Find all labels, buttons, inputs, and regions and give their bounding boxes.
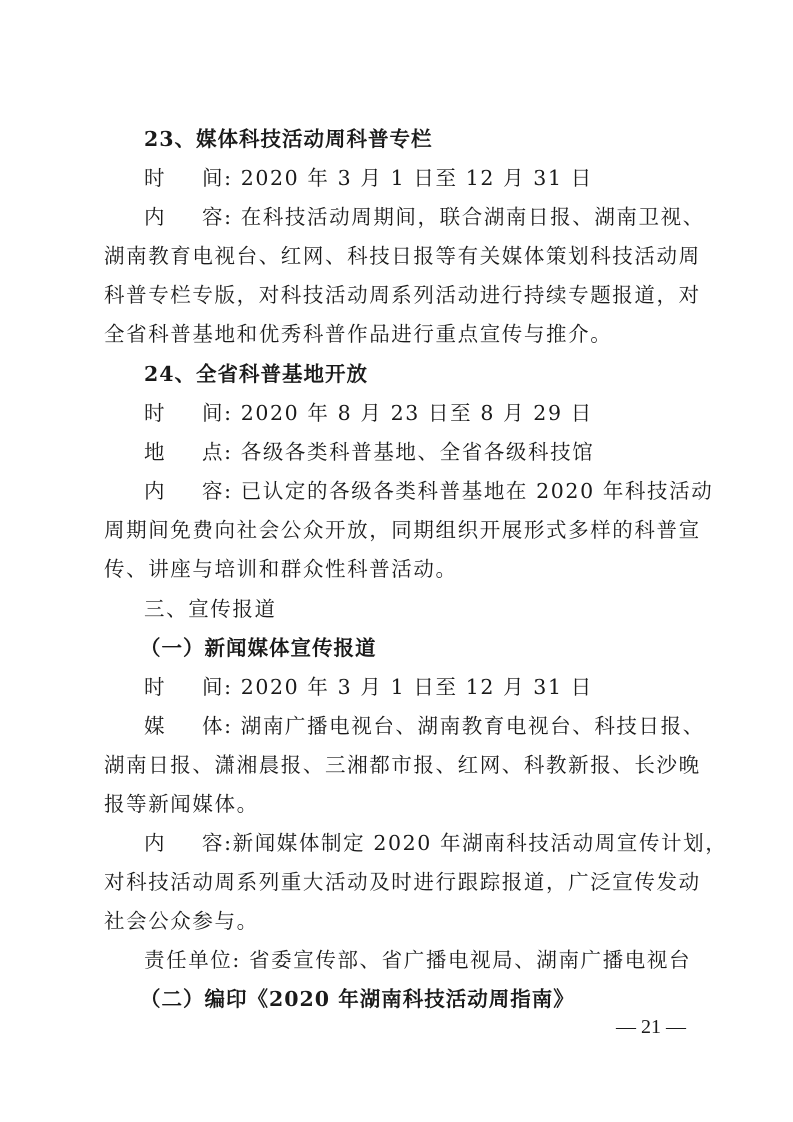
item-24-time: 时间: 2020 年 8 月 23 日至 8 月 29 日 — [144, 399, 734, 427]
content-text: 已认定的各级各类科普基地在 2020 年科技活动 — [241, 479, 714, 503]
time-value: 2020 年 8 月 23 日至 8 月 29 日 — [241, 401, 593, 425]
sub-1-time: 时间: 2020 年 3 月 1 日至 12 月 31 日 — [144, 673, 734, 701]
content-label-a: 内 — [144, 829, 186, 857]
sub-1-heading: （一）新闻媒体宣传报道 — [140, 634, 730, 662]
place-label-b: 点: — [202, 438, 233, 466]
item-23-content-line: 科普专栏专版，对科技活动周系列活动进行持续专题报道，对 — [104, 281, 694, 309]
item-23-heading: 23、媒体科技活动周科普专栏 — [144, 125, 734, 153]
page-number: — 21 — — [616, 1016, 686, 1039]
time-label-b: 间: — [202, 673, 233, 701]
media-text: 湖南广播电视台、湖南教育电视台、科技日报、 — [241, 714, 705, 738]
sub-1-content-line: 社会公众参与。 — [104, 907, 694, 935]
item-23-content-line: 湖南教育电视台、红网、科技日报等有关媒体策划科技活动周 — [104, 242, 694, 270]
content-label-b: 容: — [202, 829, 233, 857]
item-24-content-line: 传、讲座与培训和群众性科普活动。 — [104, 555, 694, 583]
item-24-place: 地点: 各级各类科普基地、全省各级科技馆 — [144, 438, 734, 466]
content-label-b: 容: — [202, 203, 233, 231]
sub-1-responsible: 责任单位: 省委宣传部、省广播电视局、湖南广播电视台 — [144, 946, 734, 974]
sub-1-media-line: 湖南日报、潇湘晨报、三湘都市报、红网、科教新报、长沙晚 — [104, 751, 694, 779]
sub-1-content-first: 内容:新闻媒体制定 2020 年湖南科技活动周宣传计划， — [144, 829, 734, 857]
document-page: 23、媒体科技活动周科普专栏 时间: 2020 年 3 月 1 日至 12 月 … — [0, 0, 793, 1122]
content-label-a: 内 — [144, 203, 186, 231]
time-value: 2020 年 3 月 1 日至 12 月 31 日 — [241, 675, 593, 699]
media-label-b: 体: — [202, 712, 233, 740]
place-label-a: 地 — [144, 438, 186, 466]
time-label-b: 间: — [202, 164, 233, 192]
time-label-a: 时 — [144, 673, 186, 701]
place-value: 各级各类科普基地、全省各级科技馆 — [241, 440, 595, 464]
responsible-value: 省委宣传部、省广播电视局、湖南广播电视台 — [249, 948, 691, 972]
item-24-content-line: 周期间免费向社会公众开放，同期组织开展形式多样的科普宣 — [104, 516, 694, 544]
responsible-label: 责任单位: — [144, 948, 241, 972]
item-23-content-first: 内容: 在科技活动周期间，联合湖南日报、湖南卫视、 — [144, 203, 734, 231]
time-label-b: 间: — [202, 399, 233, 427]
sub-1-media-line: 报等新闻媒体。 — [104, 790, 694, 818]
content-label-b: 容: — [202, 477, 233, 505]
sub-1-content-line: 对科技活动周系列重大活动及时进行跟踪报道，广泛宣传发动 — [104, 868, 694, 896]
item-23-content-line: 全省科普基地和优秀科普作品进行重点宣传与推介。 — [104, 320, 694, 348]
content-text: 在科技活动周期间，联合湖南日报、湖南卫视、 — [241, 205, 705, 229]
time-label-a: 时 — [144, 164, 186, 192]
item-23-time: 时间: 2020 年 3 月 1 日至 12 月 31 日 — [144, 164, 734, 192]
sub-2-heading: （二）编印《2020 年湖南科技活动周指南》 — [140, 985, 730, 1013]
part-3-heading: 三、宣传报道 — [144, 595, 734, 623]
content-text: 新闻媒体制定 2020 年湖南科技活动周宣传计划， — [233, 831, 728, 855]
content-label-a: 内 — [144, 477, 186, 505]
sub-1-media-first: 媒体: 湖南广播电视台、湖南教育电视台、科技日报、 — [144, 712, 734, 740]
time-label-a: 时 — [144, 399, 186, 427]
media-label-a: 媒 — [144, 712, 186, 740]
time-value: 2020 年 3 月 1 日至 12 月 31 日 — [241, 166, 593, 190]
item-24-content-first: 内容: 已认定的各级各类科普基地在 2020 年科技活动 — [144, 477, 734, 505]
item-24-heading: 24、全省科普基地开放 — [144, 360, 734, 388]
